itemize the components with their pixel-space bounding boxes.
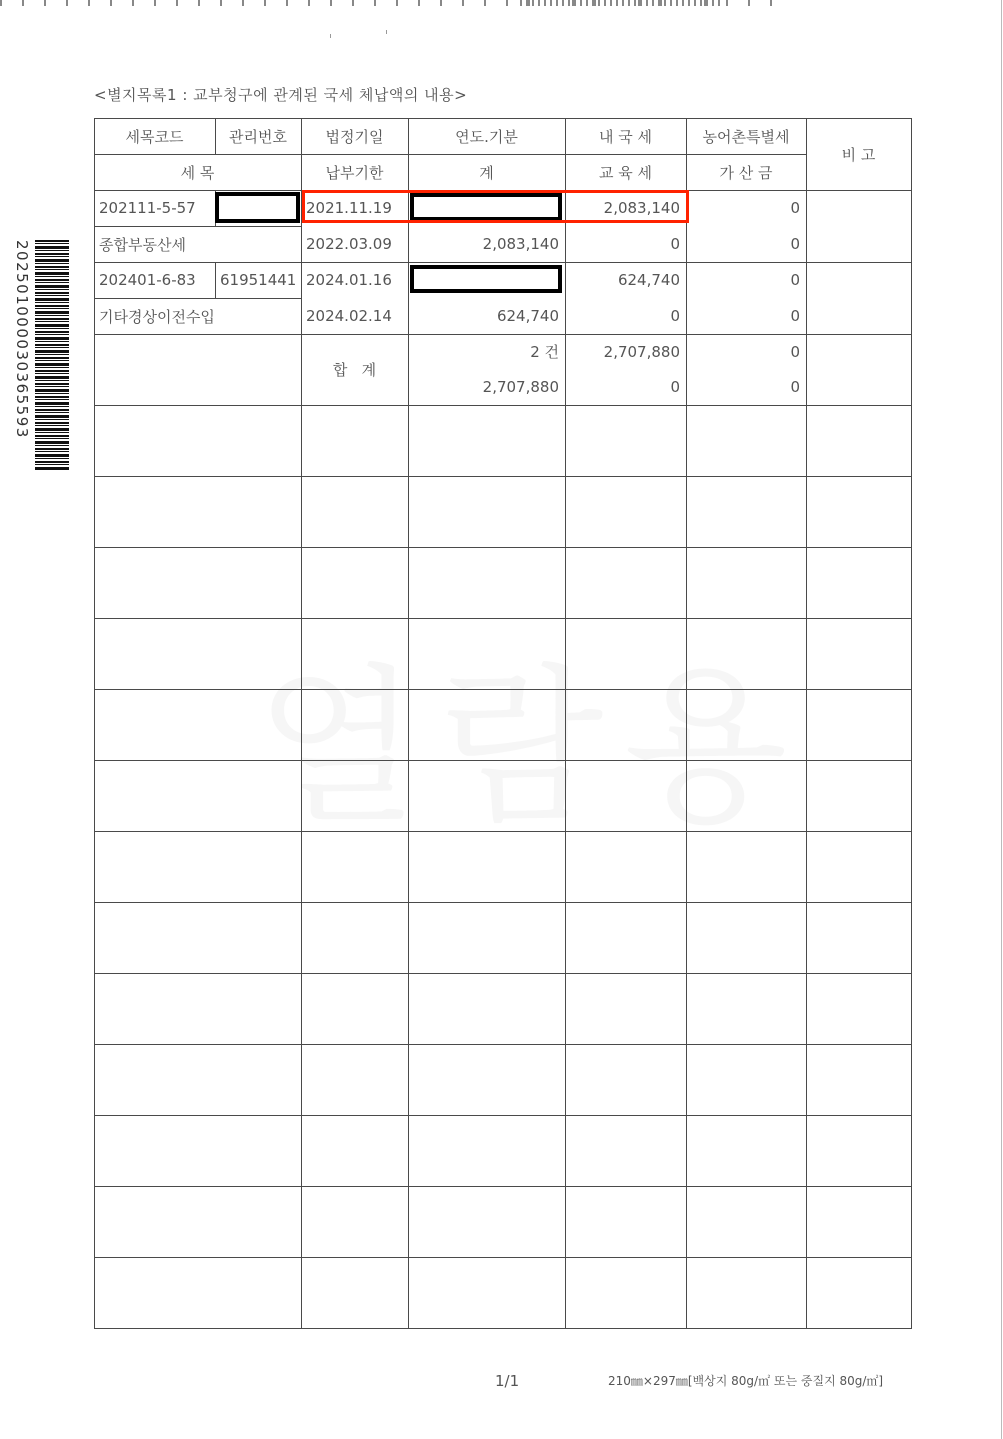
summary-total: 2,707,880: [408, 369, 565, 405]
table-rule: [94, 476, 912, 477]
summary-count: 2 건: [408, 334, 565, 369]
table-rule: [911, 118, 912, 1329]
table-rule: [94, 760, 912, 761]
remarks: [806, 190, 911, 262]
summary-education-tax: 0: [565, 369, 686, 405]
header-remarks: 비 고: [806, 118, 911, 190]
header-penalty: 가 산 금: [686, 154, 806, 190]
summary-rural-special-tax: 0: [686, 334, 806, 369]
header-education-tax: 교 육 세: [565, 154, 686, 190]
header-management-no: 관리번호: [215, 118, 301, 154]
rural-special-tax: 0: [686, 262, 806, 298]
redaction-box: [410, 265, 562, 293]
highlight-box: [302, 190, 689, 223]
header-national-tax: 내 국 세: [565, 118, 686, 154]
tax-code: 202401-6-83: [94, 262, 215, 298]
table-rule: [94, 1186, 912, 1187]
header-rural-special-tax: 농어촌특별세: [686, 118, 806, 154]
summary-blank: [94, 334, 301, 405]
header-tax-item: 세 목: [94, 154, 301, 190]
table-rule: [94, 405, 912, 406]
penalty: 0: [686, 298, 806, 334]
total-amount: 2,083,140: [408, 226, 565, 262]
tax-item: 종합부동산세: [94, 226, 301, 262]
table-rule: [94, 689, 912, 690]
page-number: 1/1: [495, 1372, 519, 1390]
header-statutory-date: 법정기일: [301, 118, 408, 154]
header-tax-code: 세목코드: [94, 118, 215, 154]
table-rule: [94, 902, 912, 903]
rural-special-tax: 0: [686, 190, 806, 226]
header-total: 계: [408, 154, 565, 190]
table-rule: [94, 618, 912, 619]
tax-item: 기타경상이전수입: [94, 298, 301, 334]
header-due-date: 납부기한: [301, 154, 408, 190]
management-no: 61951441: [215, 262, 301, 298]
arrears-table: 세목코드관리번호법정기일연도.기분내 국 세농어촌특별세세 목납부기한계교 육 …: [0, 0, 1003, 1439]
table-rule: [94, 973, 912, 974]
summary-penalty: 0: [686, 369, 806, 405]
paper-spec: 210㎜×297㎜[백상지 80g/㎡ 또는 중질지 80g/㎡]: [608, 1372, 883, 1389]
due-date: 2022.03.09: [301, 226, 408, 262]
summary-label: 합 계: [301, 334, 408, 405]
redaction-box: [215, 192, 300, 223]
table-rule: [94, 831, 912, 832]
penalty: 0: [686, 226, 806, 262]
tax-code: 202111-5-57: [94, 190, 215, 226]
table-rule: [94, 1257, 912, 1258]
table-rule: [94, 1115, 912, 1116]
table-rule: [94, 1328, 912, 1329]
education-tax: 0: [565, 226, 686, 262]
remarks: [806, 262, 911, 334]
table-rule: [94, 547, 912, 548]
due-date: 2024.02.14: [301, 298, 408, 334]
statutory-date: 2024.01.16: [301, 262, 408, 298]
total-amount: 624,740: [408, 298, 565, 334]
table-rule: [94, 1044, 912, 1045]
national-tax: 624,740: [565, 262, 686, 298]
education-tax: 0: [565, 298, 686, 334]
summary-national-tax: 2,707,880: [565, 334, 686, 369]
header-year-period: 연도.기분: [408, 118, 565, 154]
